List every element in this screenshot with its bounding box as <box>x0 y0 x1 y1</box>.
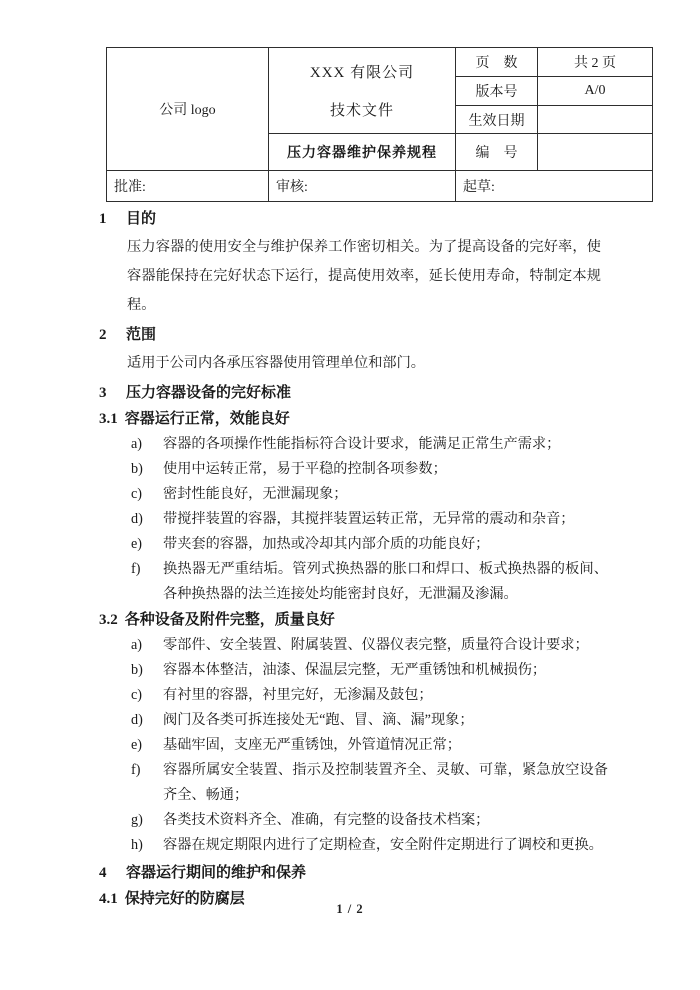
signoff-review: 审核: <box>269 171 456 202</box>
list-item-d: d)阀门及各类可拆连接处无“跑、冒、滴、漏”现象； <box>105 708 610 733</box>
list-text: 密封性能良好，无泄漏现象； <box>163 482 608 507</box>
list-marker: a) <box>131 633 163 658</box>
list-item-c: c)有衬里的容器，衬里完好，无渗漏及鼓包； <box>105 683 610 708</box>
list-text: 带夹套的容器，加热或冷却其内部介质的功能良好； <box>163 532 608 557</box>
list-text: 容器所属安全装置、指示及控制装置齐全、灵敏、可靠，紧急放空设备齐全、畅通； <box>163 758 608 808</box>
list-item-d: d)带搅拌装置的容器，其搅拌装置运转正常，无异常的震动和杂音； <box>105 507 610 532</box>
list-marker: a) <box>131 432 163 457</box>
field-value-effective-date <box>538 106 653 134</box>
field-value-version: A/0 <box>538 77 653 106</box>
section-number: 3.1 <box>99 411 118 427</box>
section-number: 3 <box>99 381 126 405</box>
list-text: 容器的各项操作性能指标符合设计要求，能满足正常生产需求； <box>163 432 608 457</box>
list-item-a: a)容器的各项操作性能指标符合设计要求，能满足正常生产需求； <box>105 432 610 457</box>
list-text: 容器在规定期限内进行了定期检查，安全附件定期进行了调校和更换。 <box>163 833 608 858</box>
list-item-f: f)容器所属安全装置、指示及控制装置齐全、灵敏、可靠，紧急放空设备齐全、畅通； <box>105 758 610 808</box>
list-text: 阀门及各类可拆连接处无“跑、冒、滴、漏”现象； <box>163 708 608 733</box>
company-logo: 公司 logo <box>107 48 269 171</box>
list-item-g: g)各类技术资料齐全、准确，有完整的设备技术档案； <box>105 808 610 833</box>
list-text: 带搅拌装置的容器，其搅拌装置运转正常，无异常的震动和杂音； <box>163 507 608 532</box>
list-text: 基础牢固，支座无严重锈蚀，外管道情况正常； <box>163 733 608 758</box>
paragraph: 适用于公司内各承压容器使用管理单位和部门。 <box>127 349 601 378</box>
field-value-pages: 共 2 页 <box>538 48 653 77</box>
list-item-e: e)基础牢固，支座无严重锈蚀，外管道情况正常； <box>105 733 610 758</box>
field-value-number <box>538 134 653 171</box>
document-page: 公司 logo XXX 有限公司 技术文件 页 数 共 2 页 版本号 A/0 … <box>0 0 700 990</box>
list-marker: d) <box>131 708 163 733</box>
list-item-e: e)带夹套的容器，加热或冷却其内部介质的功能良好； <box>105 532 610 557</box>
doc-type: 技术文件 <box>330 99 394 120</box>
list-text: 换热器无严重结垢。管列式换热器的胀口和焊口、板式换热器的板间、各种换热器的法兰连… <box>163 557 608 607</box>
list-marker: b) <box>131 658 163 683</box>
section-heading-3: 3压力容器设备的完好标准 <box>99 381 610 405</box>
section-heading-3.1: 3.1容器运行正常，效能良好 <box>99 407 610 431</box>
field-label-number: 编 号 <box>456 134 538 171</box>
field-label-pages: 页 数 <box>456 48 538 77</box>
list-marker: c) <box>131 482 163 507</box>
list-text: 容器本体整洁，油漆、保温层完整，无严重锈蚀和机械损伤； <box>163 658 608 683</box>
section-title: 容器运行正常，效能良好 <box>125 411 290 427</box>
list-text: 使用中运转正常，易于平稳的控制各项参数； <box>163 457 608 482</box>
list-marker: e) <box>131 532 163 557</box>
list-marker: b) <box>131 457 163 482</box>
list-marker: g) <box>131 808 163 833</box>
header-table: 公司 logo XXX 有限公司 技术文件 页 数 共 2 页 版本号 A/0 … <box>106 47 653 202</box>
list-marker: h) <box>131 833 163 858</box>
list-marker: f) <box>131 758 163 808</box>
section-heading-2: 2范围 <box>99 323 610 347</box>
signoff-draft: 起草: <box>456 171 653 202</box>
section-title: 范围 <box>126 323 156 347</box>
company-name: XXX 有限公司 <box>310 61 414 82</box>
list-item-b: b)使用中运转正常，易于平稳的控制各项参数； <box>105 457 610 482</box>
list-marker: d) <box>131 507 163 532</box>
list-text: 有衬里的容器，衬里完好，无渗漏及鼓包； <box>163 683 608 708</box>
list-text: 零部件、安全装置、附属装置、仪器仪表完整，质量符合设计要求； <box>163 633 608 658</box>
list-item-b: b)容器本体整洁，油漆、保温层完整，无严重锈蚀和机械损伤； <box>105 658 610 683</box>
document-body: 1目的压力容器的使用安全与维护保养工作密切相关。为了提高设备的完好率，使容器能保… <box>105 200 610 912</box>
section-heading-1: 1目的 <box>99 207 610 231</box>
field-label-effective-date: 生效日期 <box>456 106 538 134</box>
document-title: 压力容器维护保养规程 <box>269 134 456 171</box>
section-number: 4 <box>99 861 126 885</box>
section-heading-4: 4容器运行期间的维护和保养 <box>99 861 610 885</box>
section-title: 目的 <box>126 207 156 231</box>
list-item-c: c)密封性能良好，无泄漏现象； <box>105 482 610 507</box>
section-number: 3.2 <box>99 612 118 628</box>
section-heading-3.2: 3.2各种设备及附件完整，质量良好 <box>99 608 610 632</box>
list-marker: f) <box>131 557 163 607</box>
paragraph: 压力容器的使用安全与维护保养工作密切相关。为了提高设备的完好率，使容器能保持在完… <box>127 233 601 320</box>
list-text: 各类技术资料齐全、准确，有完整的设备技术档案； <box>163 808 608 833</box>
list-marker: e) <box>131 733 163 758</box>
section-title: 压力容器设备的完好标准 <box>126 381 291 405</box>
list-item-f: f)换热器无严重结垢。管列式换热器的胀口和焊口、板式换热器的板间、各种换热器的法… <box>105 557 610 607</box>
section-number: 2 <box>99 323 126 347</box>
section-title: 容器运行期间的维护和保养 <box>126 861 306 885</box>
section-number: 1 <box>99 207 126 231</box>
section-title: 各种设备及附件完整，质量良好 <box>125 612 335 628</box>
list-marker: c) <box>131 683 163 708</box>
list-item-a: a)零部件、安全装置、附属装置、仪器仪表完整，质量符合设计要求； <box>105 633 610 658</box>
doc-type-cell: XXX 有限公司 技术文件 <box>269 48 456 134</box>
field-label-version: 版本号 <box>456 77 538 106</box>
page-number: 1 / 2 <box>0 902 700 917</box>
signoff-approve: 批准: <box>107 171 269 202</box>
list-item-h: h)容器在规定期限内进行了定期检查，安全附件定期进行了调校和更换。 <box>105 833 610 858</box>
